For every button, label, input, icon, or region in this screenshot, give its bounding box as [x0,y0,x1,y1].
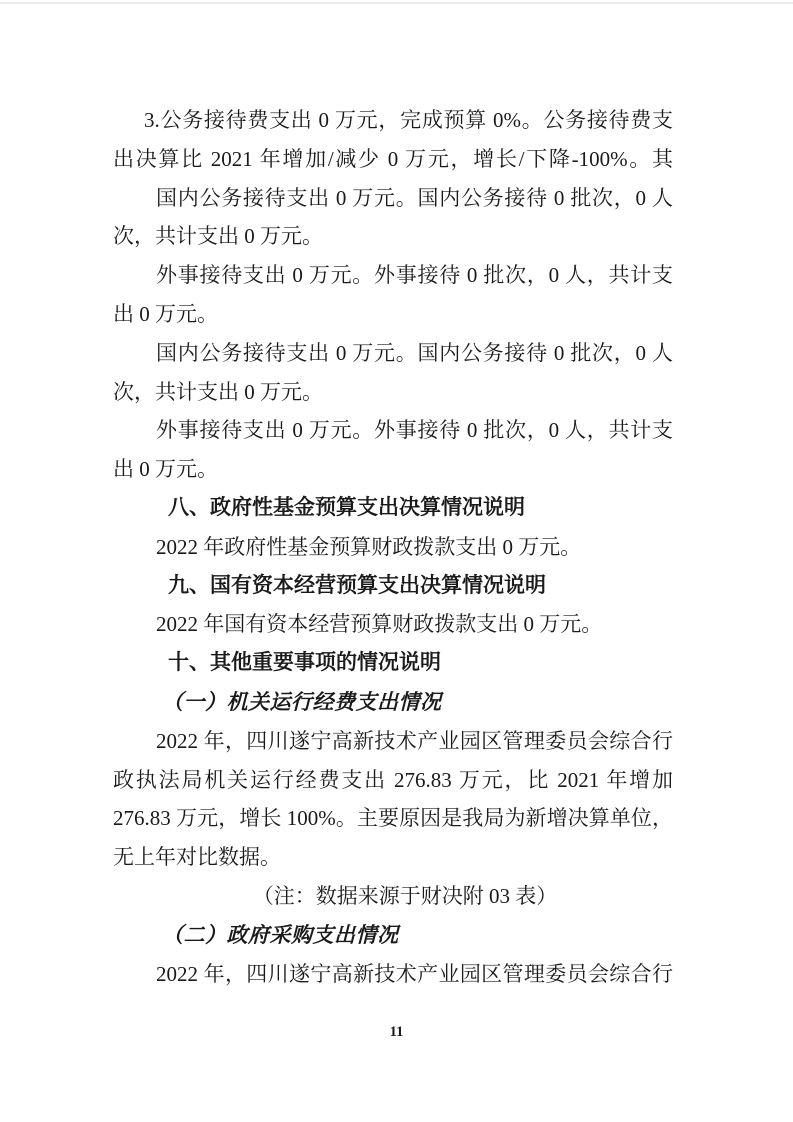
section-heading-other-items: 十、其他重要事项的情况说明 [113,644,673,683]
body-line: 次，共计支出 0 万元。 [113,373,673,412]
subsection-heading-procurement: （二）政府采购支出情况 [113,916,673,955]
body-line: 无上年对比数据。 [113,838,673,877]
body-line: 2022 年国有资本经营预算财政拨款支出 0 万元。 [113,605,673,644]
body-line: 外事接待支出 0 万元。外事接待 0 批次，0 人，共计支 [113,256,673,295]
body-line: 政执法局机关运行经费支出 276.83 万元，比 2021 年增加 [113,761,673,800]
body-line: 3.公务接待费支出 0 万元，完成预算 0%。公务接待费支 [113,101,673,140]
body-line: 2022 年政府性基金预算财政拨款支出 0 万元。 [113,528,673,567]
note-line: （注：数据来源于财决附 03 表） [113,877,673,916]
section-heading-state-capital: 九、国有资本经营预算支出决算情况说明 [113,567,673,606]
body-line: 出 0 万元。 [113,295,673,334]
body-line: 出 0 万元。 [113,450,673,489]
page-number: 11 [0,1024,793,1041]
subsection-heading-operating-expenses: （一）机关运行经费支出情况 [113,683,673,722]
body-line: 国内公务接待支出 0 万元。国内公务接待 0 批次，0 人 [113,334,673,373]
body-line: 次，共计支出 0 万元。 [113,217,673,256]
document-body: 3.公务接待费支出 0 万元，完成预算 0%。公务接待费支 出决算比 2021 … [113,101,673,993]
body-line: 2022 年，四川遂宁高新技术产业园区管理委员会综合行 [113,955,673,994]
body-line: 2022 年，四川遂宁高新技术产业园区管理委员会综合行 [113,722,673,761]
body-line: 国内公务接待支出 0 万元。国内公务接待 0 批次，0 人 [113,179,673,218]
document-page: 3.公务接待费支出 0 万元，完成预算 0%。公务接待费支 出决算比 2021 … [0,0,793,1122]
body-line: 出决算比 2021 年增加/减少 0 万元，增长/下降-100%。其中： [113,140,673,179]
body-line: 276.83 万元，增长 100%。主要原因是我局为新增决算单位， [113,799,673,838]
body-line: 外事接待支出 0 万元。外事接待 0 批次，0 人，共计支 [113,411,673,450]
section-heading-gov-funds: 八、政府性基金预算支出决算情况说明 [113,489,673,528]
page-top-edge [0,2,793,4]
